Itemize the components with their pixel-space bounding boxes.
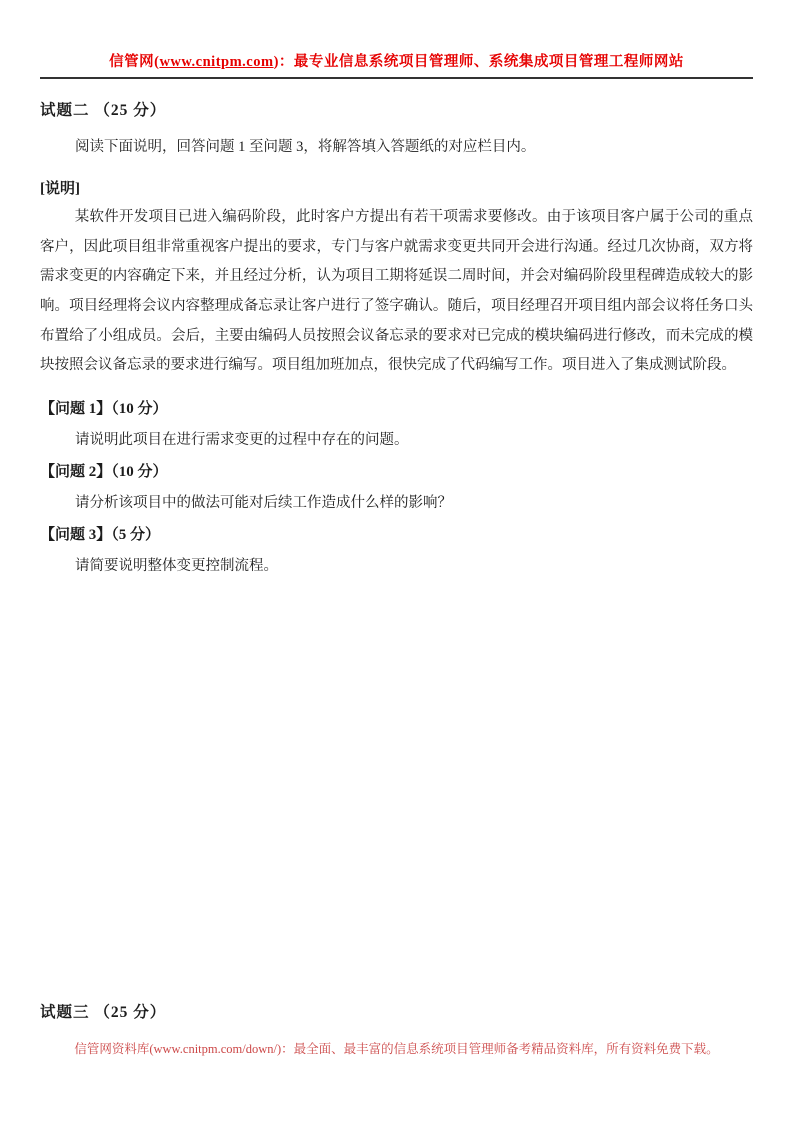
question-3-heading: 【问题 3】（5 分） — [40, 519, 753, 551]
question-2-text: 请分析该项目中的做法可能对后续工作造成什么样的影响？ — [40, 488, 753, 519]
header-divider-line — [40, 77, 753, 79]
header-text-prefix: 信管网( — [109, 54, 159, 70]
description-label: [说明] — [40, 177, 753, 198]
questions-section: 【问题 1】（10 分） 请说明此项目在进行需求变更的过程中存在的问题。 【问题… — [40, 393, 753, 582]
question-2-heading: 【问题 2】（10 分） — [40, 456, 753, 488]
header-text-suffix: )：最专业信息系统项目管理师、系统集成项目管理工程师网站 — [274, 54, 684, 70]
case-description-paragraph: 某软件开发项目已进入编码阶段，此时客户方提出有若干项需求要修改。由于该项目客户属… — [40, 203, 753, 381]
document-page: 信管网(www.cnitpm.com)：最专业信息系统项目管理师、系统集成项目管… — [0, 0, 793, 1122]
question-3-text: 请简要说明整体变更控制流程。 — [40, 551, 753, 582]
question-1-heading: 【问题 1】（10 分） — [40, 393, 753, 425]
intro-instruction: 阅读下面说明，回答问题 1 至问题 3，将解答填入答题纸的对应栏目内。 — [40, 136, 753, 159]
header-site-link[interactable]: www.cnitpm.com — [159, 54, 273, 70]
footer-banner: 信管网资料库(www.cnitpm.com/down/)：最全面、最丰富的信息系… — [0, 1039, 793, 1057]
question-two-title: 试题二 （25 分） — [40, 98, 753, 120]
question-1-text: 请说明此项目在进行需求变更的过程中存在的问题。 — [40, 425, 753, 456]
question-three-title: 试题三 （25 分） — [40, 1000, 166, 1022]
site-header-banner: 信管网(www.cnitpm.com)：最专业信息系统项目管理师、系统集成项目管… — [40, 50, 753, 71]
